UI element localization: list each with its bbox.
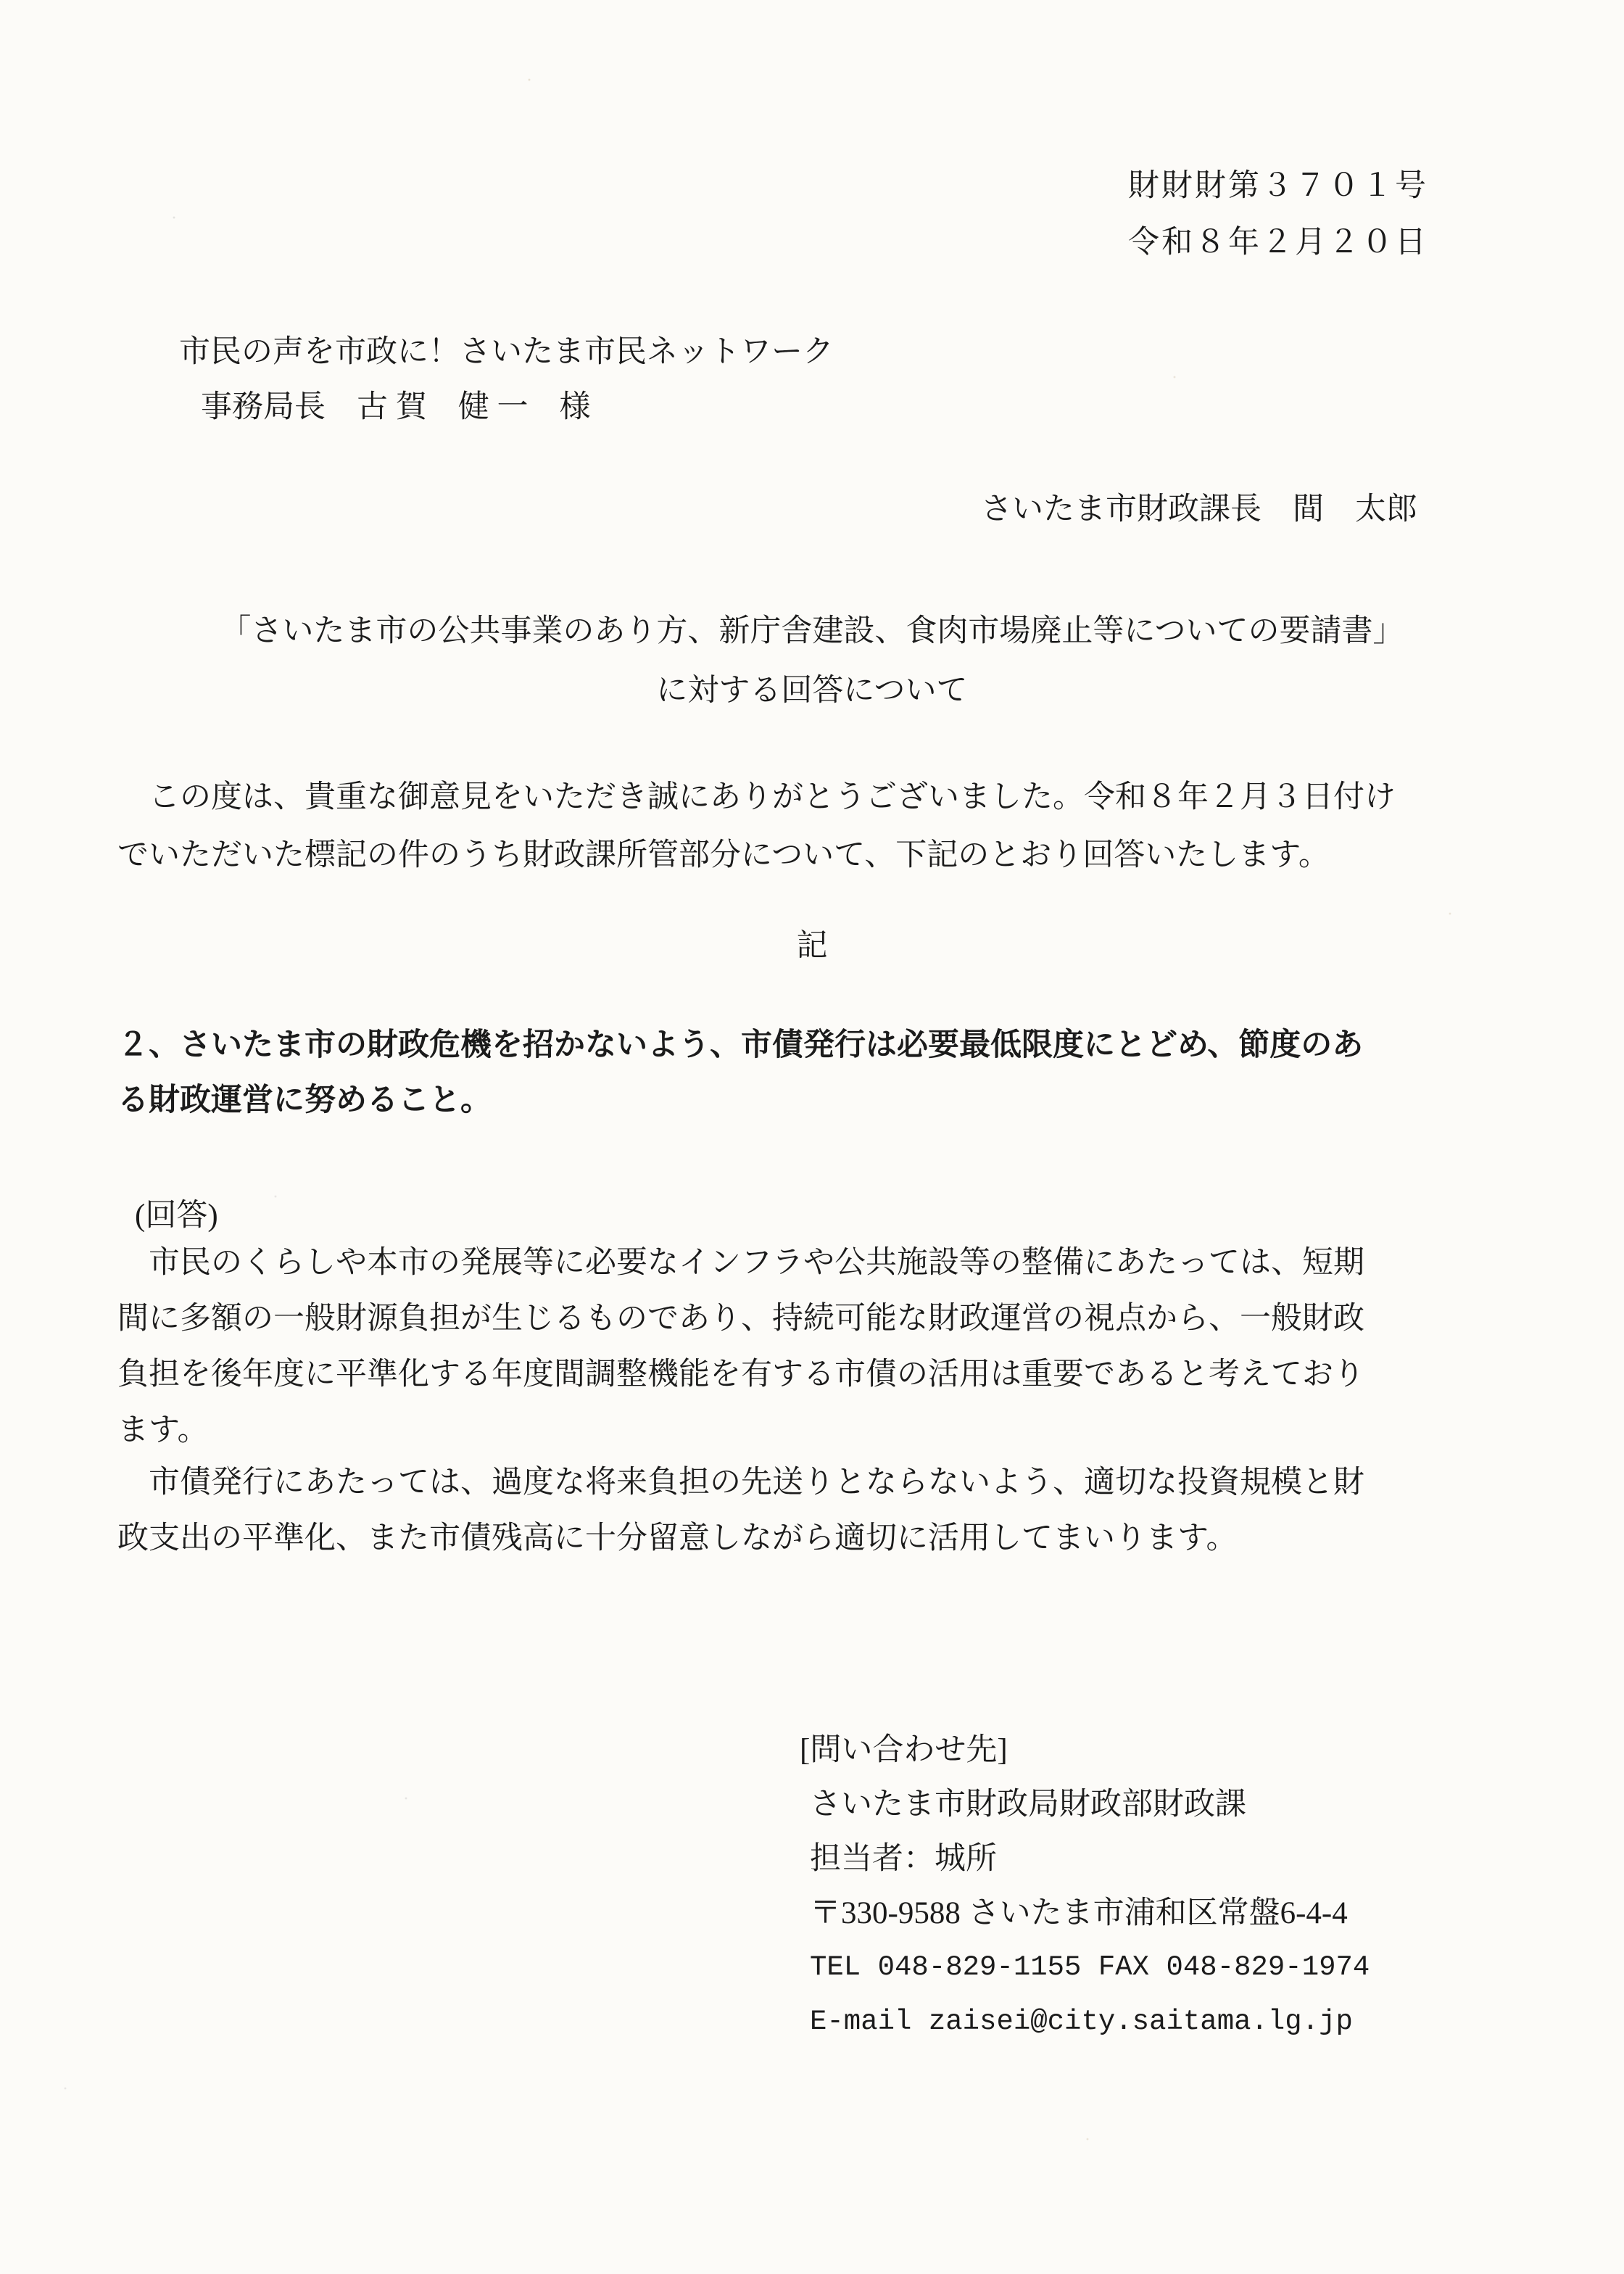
contact-email: E-mail zaisei@city.saitama.lg.jp [810,1995,1370,2049]
contact-block: [問い合わせ先] さいたま市財政局財政部財政課 担当者：城所 〒330-9588… [800,1723,1370,2049]
contact-department: さいたま市財政局財政部財政課 [810,1777,1370,1832]
document-number: 財財財第３７０１号 [1128,158,1428,215]
document-date: 令和８年２月２０日 [1128,215,1428,271]
subject-title-line1: 「さいたま市の公共事業のあり方、新庁舎建設、食肉市場廃止等についての要請書」 [0,602,1624,661]
recipient-person: 事務局長 古 賀 健 一 様 [201,380,834,435]
answer-label: (回答) [135,1191,218,1235]
contact-person: 担当者：城所 [810,1832,1370,1886]
document-meta: 財財財第３７０１号 令和８年２月２０日 [1128,158,1428,271]
contact-header: [問い合わせ先] [800,1723,1370,1777]
contact-tel-fax: TEL 048-829-1155 FAX 048-829-1974 [810,1940,1370,1995]
scanned-letter-page: 財財財第３７０１号 令和８年２月２０日 市民の声を市政に！さいたま市民ネットワー… [0,0,1624,2274]
request-item-2: ２、さいたま市の財政危機を招かないよう、市債発行は必要最低限度にとどめ、節度のあ… [117,1018,1363,1128]
subject-title-line2: に対する回答について [0,661,1624,721]
recipient-organization: 市民の声を市政に！さいたま市民ネットワーク [179,325,834,380]
recipient-block: 市民の声を市政に！さいたま市民ネットワーク 事務局長 古 賀 健 一 様 [179,325,834,435]
record-marker: 記 [0,921,1624,965]
contact-address: 〒330-9588 さいたま市浦和区常盤6-4-4 [810,1886,1370,1940]
greeting-paragraph: この度は、貴重な御意見をいただき誠にありがとうございました。令和８年２月３日付け… [117,769,1396,885]
subject-title: 「さいたま市の公共事業のあり方、新庁舎建設、食肉市場廃止等についての要請書」 に… [0,602,1624,721]
answer-paragraph-2: 市債発行にあたっては、過度な将来負担の先送りとならないよう、適切な投資規模と財政… [117,1455,1364,1566]
answer-paragraph-1: 市民のくらしや本市の発展等に必要なインフラや公共施設等の整備にあたっては、短期間… [117,1235,1364,1458]
sender-name: さいたま市財政課長 間 太郎 [981,484,1417,529]
